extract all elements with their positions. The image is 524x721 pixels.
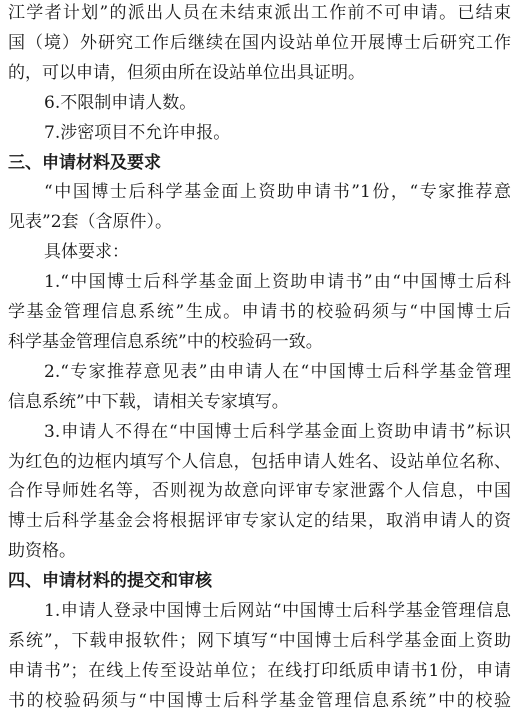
text-line: 合作导师姓名等，否则视为故意向评审专家泄露个人信息，中国 bbox=[8, 476, 511, 506]
text-line: 学基金管理信息系统”生成。申请书的校验码须与“中国博士后 bbox=[8, 297, 511, 327]
text-line: 3.申请人不得在“中国博士后科学基金面上资助申请书”标识 bbox=[44, 417, 511, 447]
text-line: 国（境）外研究工作后继续在国内设站单位开展博士后研究工作 bbox=[8, 28, 511, 58]
text-line: 2.“专家推荐意见表”由申请人在“中国博士后科学基金管理 bbox=[44, 357, 511, 387]
text-line: 见表”2套（含原件）。 bbox=[8, 207, 511, 237]
text-line: “中国博士后科学基金面上资助申请书”1份，“专家推荐意 bbox=[44, 177, 511, 207]
document-page: 江学者计划”的派出人员在未结束派出工作前不可申请。已结束国（境）外研究工作后继续… bbox=[0, 0, 524, 721]
text-line: 1.申请人登录中国博士后网站“中国博士后科学基金管理信息 bbox=[44, 596, 511, 626]
section-heading: 三、申请材料及要求 bbox=[8, 148, 511, 178]
text-line: 博士后科学基金会将根据评审专家认定的结果，取消申请人的资 bbox=[8, 506, 511, 536]
text-line: 系统”，下载申报软件；网下填写“中国博士后科学基金面上资助 bbox=[8, 626, 511, 656]
text-line: 书的校验码须与“中国博士后科学基金管理信息系统”中的校验 bbox=[8, 686, 511, 716]
text-line: 具体要求： bbox=[44, 237, 511, 267]
text-line: 江学者计划”的派出人员在未结束派出工作前不可申请。已结束 bbox=[8, 0, 511, 28]
section-heading: 四、申请材料的提交和审核 bbox=[8, 566, 511, 596]
text-line: 为红色的边框内填写个人信息，包括申请人姓名、设站单位名称、 bbox=[8, 447, 511, 477]
text-line: 申请书”；在线上传至设站单位；在线打印纸质申请书1份，申请 bbox=[8, 656, 511, 686]
text-line: 的，可以申请，但须由所在设站单位出具证明。 bbox=[8, 58, 511, 88]
text-line: 6.不限制申请人数。 bbox=[44, 88, 511, 118]
text-line: 助资格。 bbox=[8, 536, 511, 566]
text-line: 1.“中国博士后科学基金面上资助申请书”由“中国博士后科 bbox=[44, 267, 511, 297]
text-line: 科学基金管理信息系统”中的校验码一致。 bbox=[8, 327, 511, 357]
text-line: 7.涉密项目不允许申报。 bbox=[44, 118, 511, 148]
text-line: 信息系统”中下载，请相关专家填写。 bbox=[8, 387, 511, 417]
